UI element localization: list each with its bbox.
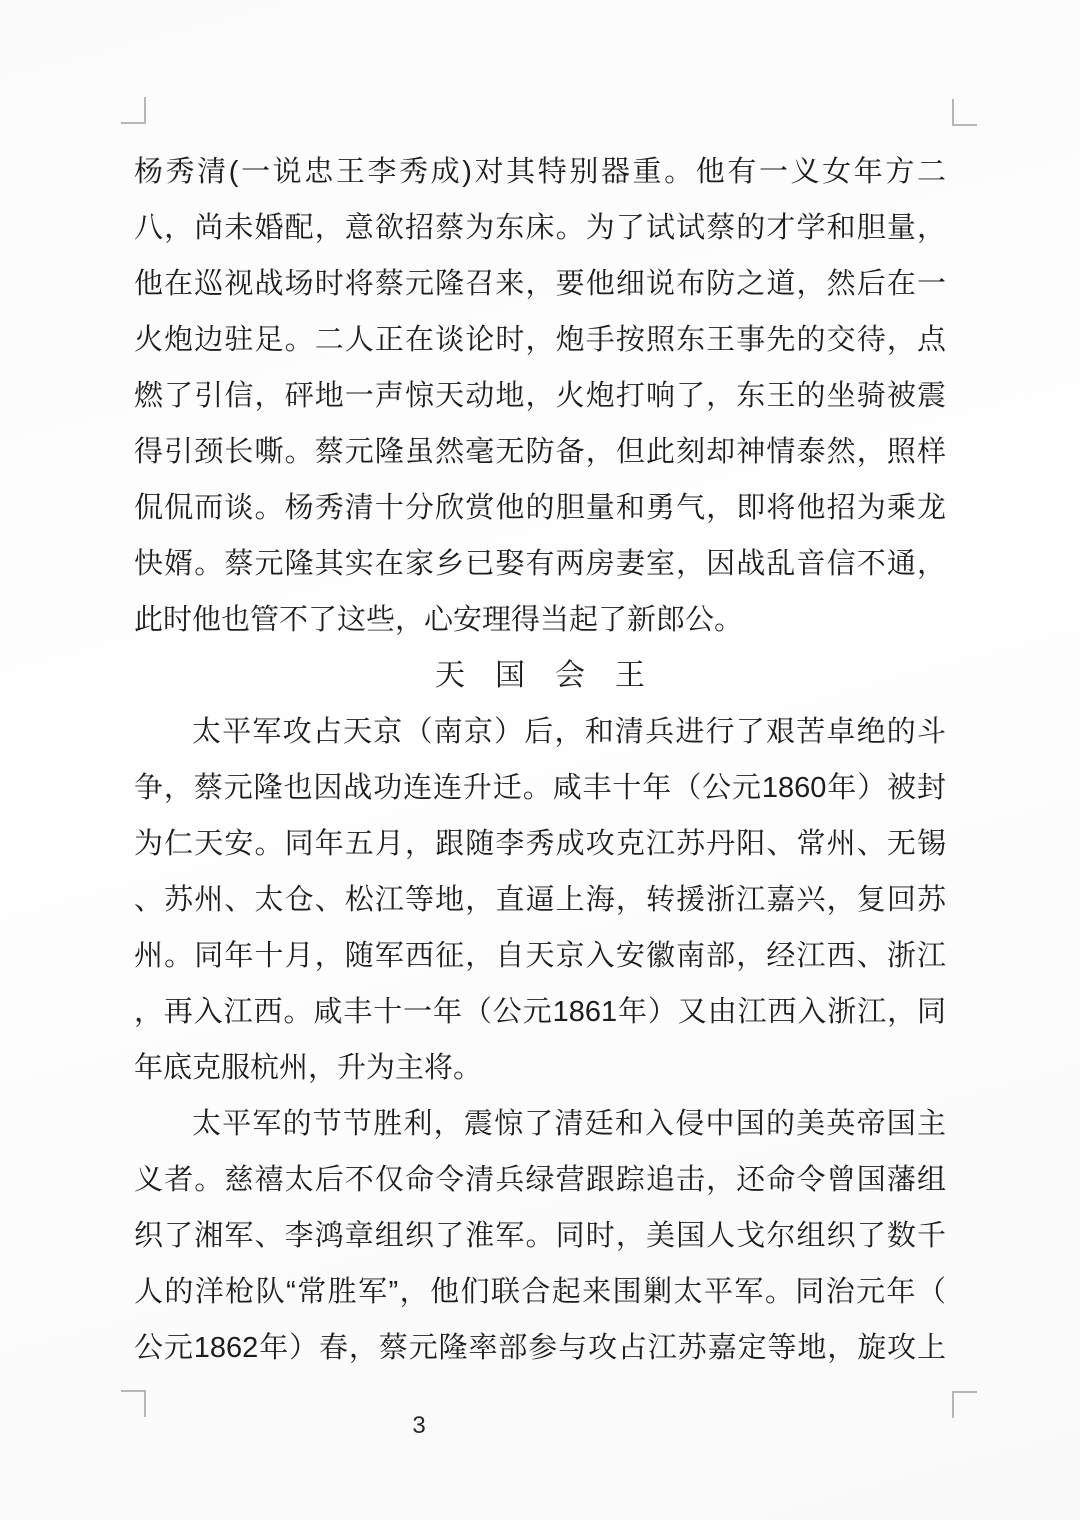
text-line: 太平军攻占天京（南京）后，和清兵进行了艰苦卓绝的斗 [134, 704, 946, 760]
document-page: 杨秀清(一说忠王李秀成)对其特别器重。他有一义女年方二八，尚未婚配，意欲招蔡为东… [0, 0, 1080, 1520]
text-line: 为仁天安。同年五月，跟随李秀成攻克江苏丹阳、常州、无锡 [134, 816, 946, 872]
margin-corner-mark-bottom-right [952, 1391, 977, 1418]
text-line: 燃了引信，砰地一声惊天动地，火炮打响了，东王的坐骑被震 [134, 368, 946, 424]
text-line: 、苏州、太仓、松江等地，直逼上海，转援浙江嘉兴，复回苏 [134, 872, 946, 928]
text-line: 织了湘军、李鸿章组织了淮军。同时，美国人戈尔组织了数千 [134, 1208, 946, 1264]
text-line: 公元1862年）春，蔡元隆率部参与攻占江苏嘉定等地，旋攻上 [134, 1320, 946, 1376]
margin-corner-mark-top-left [121, 97, 146, 124]
text-line: 州。同年十月，随军西征，自天京入安徽南部，经江西、浙江 [134, 928, 946, 984]
text-line: 他在巡视战场时将蔡元隆召来，要他细说布防之道，然后在一 [134, 256, 946, 312]
text-line: 年底克服杭州，升为主将。 [134, 1040, 946, 1096]
section-heading: 天 国 会 王 [134, 648, 946, 704]
margin-corner-mark-top-right [952, 99, 977, 126]
text-line: 争，蔡元隆也因战功连连升迁。咸丰十年（公元1860年）被封 [134, 760, 946, 816]
text-line: 八，尚未婚配，意欲招蔡为东床。为了试试蔡的才学和胆量， [134, 200, 946, 256]
text-line: 火炮边驻足。二人正在谈论时，炮手按照东王事先的交待，点 [134, 312, 946, 368]
text-line: 得引颈长嘶。蔡元隆虽然毫无防备，但此刻却神情泰然，照样 [134, 424, 946, 480]
text-line: 杨秀清(一说忠王李秀成)对其特别器重。他有一义女年方二 [134, 144, 946, 200]
text-line: 快婿。蔡元隆其实在家乡已娶有两房妻室，因战乱音信不通， [134, 536, 946, 592]
page-number: 3 [134, 1410, 704, 1442]
text-line: 太平军的节节胜利，震惊了清廷和入侵中国的美英帝国主 [134, 1096, 946, 1152]
text-line: 侃侃而谈。杨秀清十分欣赏他的胆量和勇气，即将他招为乘龙 [134, 480, 946, 536]
text-line: 义者。慈禧太后不仅命令清兵绿营跟踪追击，还命令曾国藩组 [134, 1152, 946, 1208]
text-line: ，再入江西。咸丰十一年（公元1861年）又由江西入浙江，同 [134, 984, 946, 1040]
text-line: 人的洋枪队“常胜军”，他们联合起来围剿太平军。同治元年（ [134, 1264, 946, 1320]
body-text: 杨秀清(一说忠王李秀成)对其特别器重。他有一义女年方二八，尚未婚配，意欲招蔡为东… [134, 144, 946, 1376]
text-line: 此时他也管不了这些，心安理得当起了新郎公。 [134, 592, 946, 648]
